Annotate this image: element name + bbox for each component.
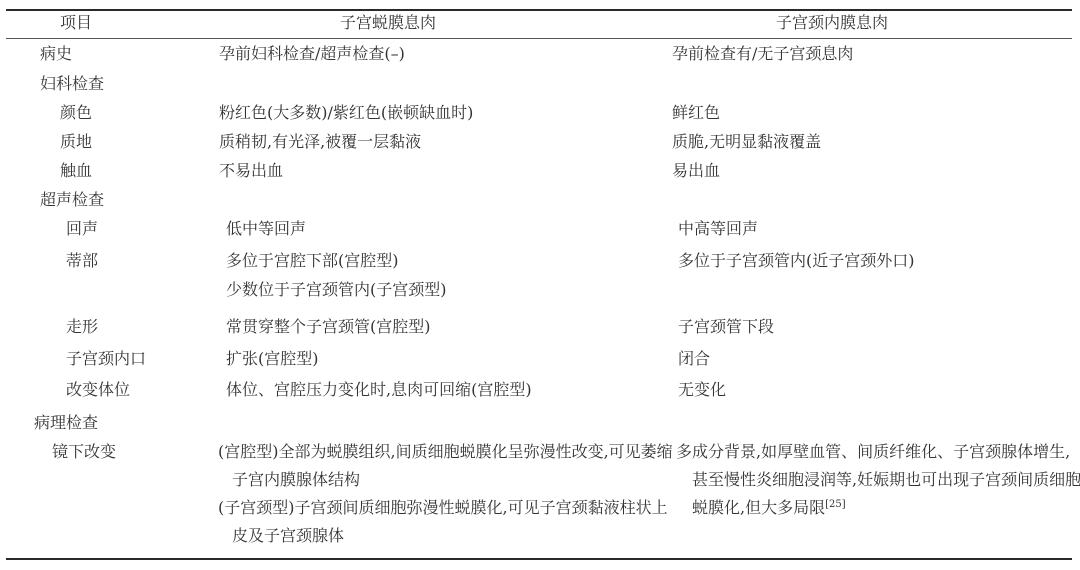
table-bottom-rule xyxy=(6,558,1072,560)
cell-decidual-line-2: 少数位于子宫颈管内(子宫颈型) xyxy=(226,280,447,300)
table-header-rule xyxy=(6,38,1072,39)
cell-endocervical: 质脆,无明显黏液覆盖 xyxy=(672,132,821,152)
row-label: 质地 xyxy=(60,132,92,152)
row-label: 回声 xyxy=(66,219,98,239)
row-label: 改变体位 xyxy=(66,380,130,400)
row-label: 走形 xyxy=(66,317,98,337)
header-endocervical-polyp: 子宫颈内膜息肉 xyxy=(776,13,888,33)
cell-endocervical: 孕前检查有/无子宫颈息肉 xyxy=(672,44,853,64)
cell-decidual: 体位、宫腔压力变化时,息肉可回缩(宫腔型) xyxy=(226,380,532,400)
header-decidual-polyp: 子宫蜕膜息肉 xyxy=(340,13,436,33)
section-label: 病理检查 xyxy=(34,413,98,433)
citation: [25] xyxy=(825,499,846,510)
cell-decidual-line-1: 多位于宫腔下部(宫腔型) xyxy=(226,251,399,271)
cell-decidual-para-1: (宫腔型)全部为蜕膜组织,间质细胞蜕膜化呈弥漫性改变,可见萎缩子宫内膜腺体结构 xyxy=(218,438,682,494)
cell-endocervical: 无变化 xyxy=(678,380,726,400)
cell-decidual: 质稍韧,有光泽,被覆一层黏液 xyxy=(219,132,421,152)
row-label: 蒂部 xyxy=(66,251,98,271)
cell-endocervical: 多成分背景,如厚壁血管、间质纤维化、子宫颈腺体增生,甚至慢性炎细胞浸润等,妊娠期… xyxy=(676,438,1080,522)
row-label: 颜色 xyxy=(60,103,92,123)
cell-decidual: 低中等回声 xyxy=(226,219,306,239)
row-label: 镜下改变 xyxy=(52,442,116,462)
cell-decidual-para-2: (子宫颈型)子宫颈间质细胞弥漫性蜕膜化,可见子宫颈黏液柱状上皮及子宫颈腺体 xyxy=(218,494,682,550)
header-item: 项目 xyxy=(60,13,92,33)
cell-endocervical: 中高等回声 xyxy=(678,219,758,239)
cell-endocervical-text: 多成分背景,如厚壁血管、间质纤维化、子宫颈腺体增生,甚至慢性炎细胞浸润等,妊娠期… xyxy=(676,442,1080,517)
row-label: 病史 xyxy=(40,44,72,64)
section-label: 超声检查 xyxy=(40,190,104,210)
cell-decidual: 粉红色(大多数)/紫红色(嵌顿缺血时) xyxy=(219,103,473,123)
cell-endocervical: 易出血 xyxy=(672,161,720,181)
cell-endocervical: 鲜红色 xyxy=(672,103,720,123)
table-top-rule xyxy=(6,9,1072,11)
cell-decidual: 不易出血 xyxy=(219,161,283,181)
row-label: 子宫颈内口 xyxy=(66,349,146,369)
cell-endocervical: 闭合 xyxy=(678,349,710,369)
section-label: 妇科检查 xyxy=(40,74,104,94)
cell-decidual: 扩张(宫腔型) xyxy=(226,349,319,369)
cell-endocervical: 子宫颈管下段 xyxy=(678,317,774,337)
cell-decidual: 孕前妇科检查/超声检查(–) xyxy=(219,44,405,64)
cell-endocervical: 多位于子宫颈管内(近子宫颈外口) xyxy=(678,251,915,271)
row-label: 触血 xyxy=(60,161,92,181)
cell-decidual: 常贯穿整个子宫颈管(宫腔型) xyxy=(226,317,431,337)
